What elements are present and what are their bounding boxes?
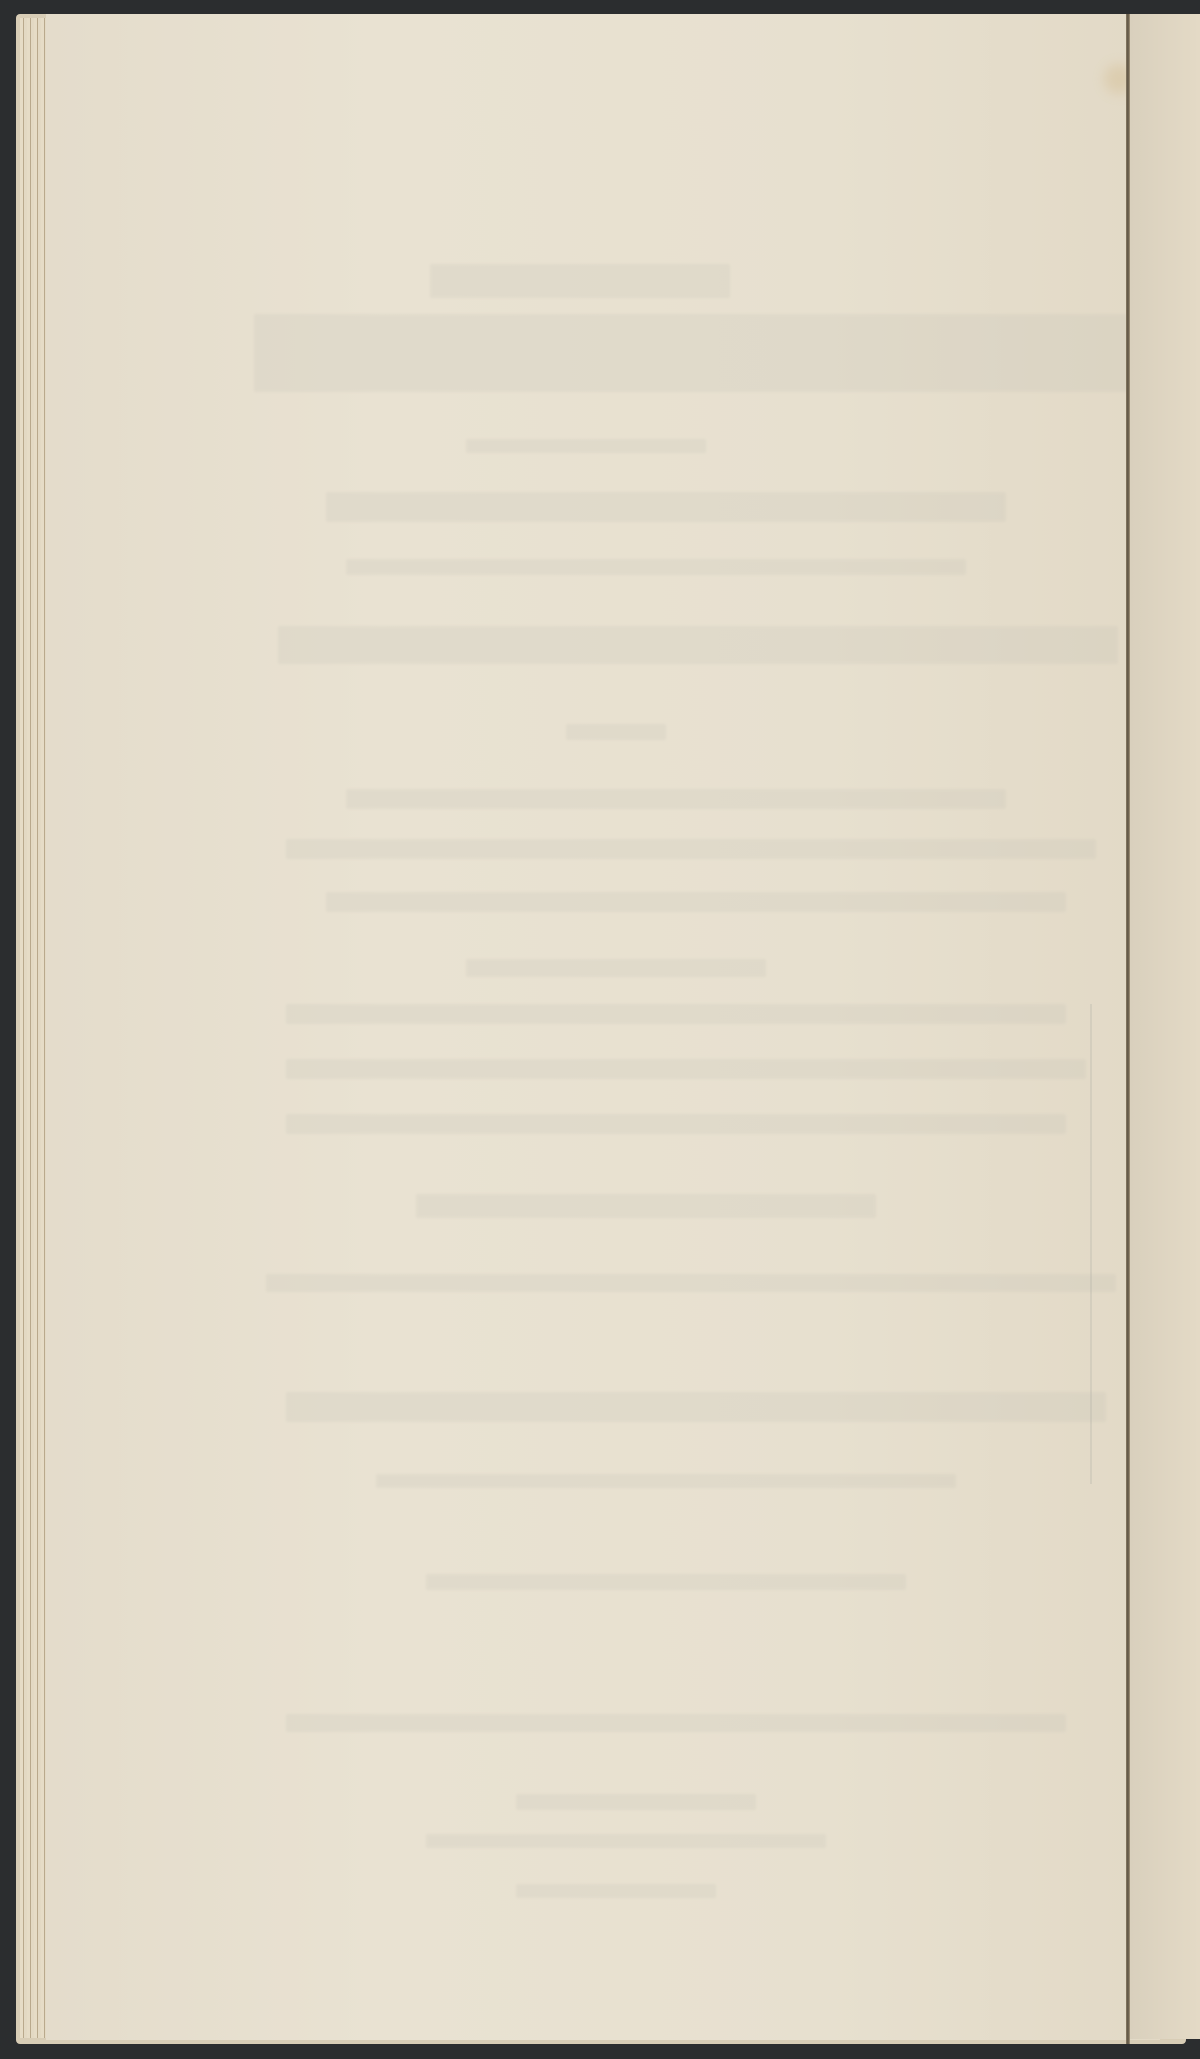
- bleed-through-line: [346, 789, 1006, 809]
- bleed-through-line: [466, 959, 766, 977]
- facing-page-edge: [1130, 14, 1200, 2039]
- bleed-through-line: [286, 1059, 1086, 1079]
- bleed-through-line: [466, 439, 706, 453]
- bleed-through-line: [516, 1794, 756, 1810]
- bleed-through-line: [286, 1004, 1066, 1024]
- bleed-through-line: [286, 1714, 1066, 1732]
- bleed-through-heading: [278, 626, 1118, 664]
- bleed-through-title: [254, 314, 1134, 392]
- bleed-through-line: [426, 1574, 906, 1590]
- bleed-through-line: [376, 1474, 956, 1488]
- blank-page: [46, 14, 1160, 2040]
- bleed-through-line: [430, 264, 730, 298]
- bleed-through-line: [566, 724, 666, 740]
- page-edges: [20, 18, 49, 2038]
- bleed-through-line: [326, 492, 1006, 522]
- bleed-through-line: [286, 839, 1096, 859]
- bleed-through-rule: [1090, 1004, 1092, 1484]
- bleed-through-line: [426, 1834, 826, 1848]
- bleed-through-line: [346, 559, 966, 575]
- bleed-through-line: [266, 1274, 1116, 1292]
- bleed-through-heading: [286, 1392, 1106, 1422]
- bleed-through-line: [416, 1194, 876, 1218]
- bleed-through-line: [286, 1114, 1066, 1134]
- bleed-through-line: [516, 1884, 716, 1898]
- bleed-through-line: [326, 892, 1066, 912]
